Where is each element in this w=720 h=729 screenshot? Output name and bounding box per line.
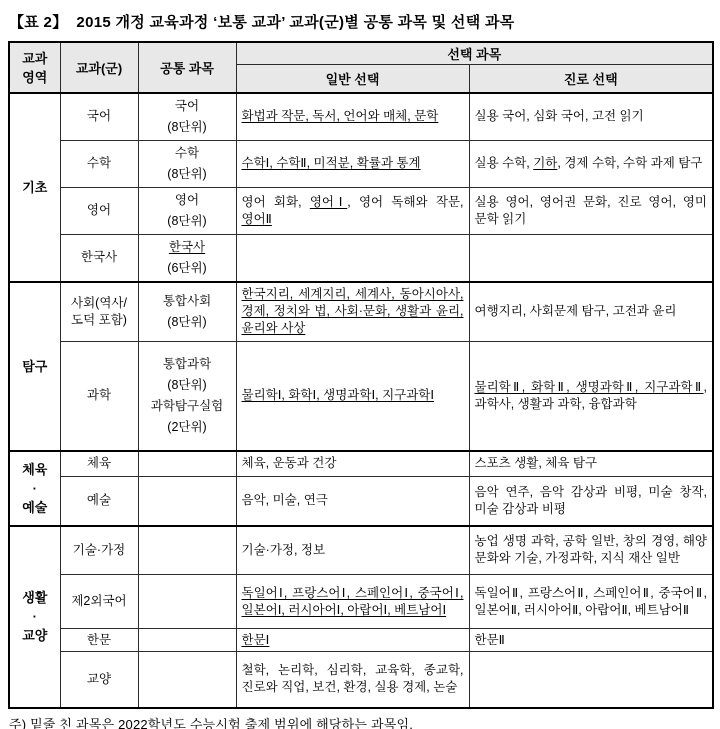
common-subjects-cell: 한국사(6단위) bbox=[138, 234, 236, 282]
table-row: 기초국어국어(8단위)화법과 작문, 독서, 언어와 매체, 문학실용 국어, … bbox=[9, 93, 713, 141]
general-electives-cell: 수학Ⅰ, 수학Ⅱ, 미적분, 확률과 통계 bbox=[236, 140, 469, 187]
general-electives-cell: 독일어Ⅰ, 프랑스어Ⅰ, 스페인어Ⅰ, 중국어Ⅰ, 일본어Ⅰ, 러시아어Ⅰ, 아… bbox=[236, 575, 469, 629]
col-header-career-elective: 진로 선택 bbox=[469, 65, 713, 93]
area-cell: 기초 bbox=[9, 93, 60, 282]
subject-group-label: 기술·가정 bbox=[63, 542, 136, 559]
subject-name: 독일어Ⅱ, 프랑스어Ⅱ, 스페인어Ⅱ, 중국어Ⅱ, 일본어Ⅱ, 러시아어Ⅱ, 아… bbox=[475, 586, 708, 617]
common-subjects-cell bbox=[138, 451, 236, 477]
table-row: 체육·예술체육체육, 운동과 건강스포츠 생활, 체육 탐구 bbox=[9, 451, 713, 477]
subject-group-cell: 국어 bbox=[60, 93, 138, 141]
general-electives-cell: 한국지리, 세계지리, 세계사, 동아시아사, 경제, 정치와 법, 사회·문화… bbox=[236, 282, 469, 342]
subject-name-underlined: 한국지리, 세계지리, 세계사, 동아시아사, 경제, 정치와 법, 사회·문화… bbox=[242, 287, 464, 335]
general-electives-cell: 한문Ⅰ bbox=[236, 629, 469, 652]
table-row: 과학통합과학(8단위)과학탐구실험(2단위)물리학Ⅰ, 화학Ⅰ, 생명과학Ⅰ, … bbox=[9, 342, 713, 451]
area-label: 체육 bbox=[12, 460, 58, 479]
area-label: 생활 bbox=[12, 588, 58, 607]
subject-group-cell: 한문 bbox=[60, 629, 138, 652]
subject-group-label: 교양 bbox=[63, 671, 136, 688]
subject-group-label: 한국사 bbox=[63, 249, 136, 266]
subject-name: 농업 생명 과학, 공학 일반, 창의 경영, 해양 문화와 기술, 가정과학,… bbox=[475, 534, 708, 565]
subject-group-cell: 교양 bbox=[60, 652, 138, 708]
common-subject-line: (8단위) bbox=[141, 211, 234, 232]
common-subject-line: (8단위) bbox=[141, 164, 234, 185]
subject-group-label: 체육 bbox=[63, 455, 136, 472]
common-subjects-cell bbox=[138, 526, 236, 575]
table-row: 영어영어(8단위)영어 회화, 영어Ⅰ, 영어 독해와 작문, 영어Ⅱ실용 영어… bbox=[9, 187, 713, 234]
subject-name-underlined: 영어Ⅱ bbox=[242, 212, 272, 226]
common-subject-line: (2단위) bbox=[141, 417, 234, 438]
subject-name-underlined: 독일어Ⅰ, 프랑스어Ⅰ, 스페인어Ⅰ, 중국어Ⅰ, 일본어Ⅰ, 러시아어Ⅰ, 아… bbox=[242, 586, 464, 617]
subject-name: 실용 영어, 영어권 문화, 진로 영어, 영미 문학 읽기 bbox=[475, 195, 708, 226]
col-header-subject-area: 교과 영역 bbox=[9, 42, 60, 93]
subject-group-cell: 기술·가정 bbox=[60, 526, 138, 575]
curriculum-table: 교과 영역 교과(군) 공통 과목 선택 과목 일반 선택 진로 선택 기초국어… bbox=[8, 41, 714, 709]
subject-group-cell: 과학 bbox=[60, 342, 138, 451]
subject-name: 여행지리, 사회문제 탐구, 고전과 윤리 bbox=[475, 304, 677, 318]
common-subject-line: 한국사 bbox=[141, 237, 234, 258]
area-label: 기초 bbox=[12, 178, 58, 197]
subject-group-label: 도덕 포함) bbox=[63, 312, 136, 329]
table-row: 한국사한국사(6단위) bbox=[9, 234, 713, 282]
common-subjects-cell: 수학(8단위) bbox=[138, 140, 236, 187]
subject-name-underlined: 기하 bbox=[533, 156, 557, 170]
subject-name: 철학, 논리학, 심리학, 교육학, 종교학, 진로와 직업, 보건, 환경, … bbox=[242, 663, 464, 694]
general-electives-cell bbox=[236, 234, 469, 282]
area-label: 탐구 bbox=[12, 357, 58, 376]
general-electives-cell: 기술·가정, 정보 bbox=[236, 526, 469, 575]
subject-group-label: 사회(역사/ bbox=[63, 295, 136, 312]
career-electives-cell: 실용 수학, 기하, 경제 수학, 수학 과제 탐구 bbox=[469, 140, 713, 187]
subject-name-underlined: 영어Ⅰ bbox=[310, 195, 347, 209]
subject-name: , 경제 수학, 수학 과제 탐구 bbox=[557, 156, 702, 170]
table-header: 교과 영역 교과(군) 공통 과목 선택 과목 일반 선택 진로 선택 bbox=[9, 42, 713, 93]
general-electives-cell: 화법과 작문, 독서, 언어와 매체, 문학 bbox=[236, 93, 469, 141]
subject-name: 영어 회화, bbox=[242, 195, 310, 209]
subject-group-cell: 한국사 bbox=[60, 234, 138, 282]
subject-name: 실용 수학, bbox=[475, 156, 534, 170]
career-electives-cell: 농업 생명 과학, 공학 일반, 창의 경영, 해양 문화와 기술, 가정과학,… bbox=[469, 526, 713, 575]
col-header-subject-group: 교과(군) bbox=[60, 42, 138, 93]
subject-group-label: 수학 bbox=[63, 155, 136, 172]
common-subjects-cell bbox=[138, 477, 236, 526]
career-electives-cell: 음악 연주, 음악 감상과 비평, 미술 창작, 미술 감상과 비평 bbox=[469, 477, 713, 526]
career-electives-cell: 실용 영어, 영어권 문화, 진로 영어, 영미 문학 읽기 bbox=[469, 187, 713, 234]
subject-group-cell: 영어 bbox=[60, 187, 138, 234]
footnote: 주) 밑줄 친 과목은 2022학년도 수능시험 출제 범위에 해당하는 과목임… bbox=[9, 714, 712, 729]
area-cell: 생활·교양 bbox=[9, 526, 60, 708]
general-electives-cell: 철학, 논리학, 심리학, 교육학, 종교학, 진로와 직업, 보건, 환경, … bbox=[236, 652, 469, 708]
common-subjects-cell bbox=[138, 575, 236, 629]
career-electives-cell: 한문Ⅱ bbox=[469, 629, 713, 652]
area-label: · bbox=[12, 479, 58, 498]
table-title: 【표 2】 2015 개정 교육과정 ‘보통 교과’ 교과(군)별 공통 과목 … bbox=[9, 11, 712, 32]
common-subject-line: 통합사회 bbox=[141, 291, 234, 312]
subject-name: 한문Ⅱ bbox=[475, 633, 505, 647]
common-subject-line: (8단위) bbox=[141, 117, 234, 138]
career-electives-cell: 실용 국어, 심화 국어, 고전 읽기 bbox=[469, 93, 713, 141]
document-page: 【표 2】 2015 개정 교육과정 ‘보통 교과’ 교과(군)별 공통 과목 … bbox=[0, 0, 720, 729]
subject-group-cell: 수학 bbox=[60, 140, 138, 187]
career-electives-cell: 독일어Ⅱ, 프랑스어Ⅱ, 스페인어Ⅱ, 중국어Ⅱ, 일본어Ⅱ, 러시아어Ⅱ, 아… bbox=[469, 575, 713, 629]
career-electives-cell: 스포츠 생활, 체육 탐구 bbox=[469, 451, 713, 477]
subject-group-label: 제2외국어 bbox=[63, 593, 136, 610]
table-row: 교양철학, 논리학, 심리학, 교육학, 종교학, 진로와 직업, 보건, 환경… bbox=[9, 652, 713, 708]
table-row: 생활·교양기술·가정기술·가정, 정보농업 생명 과학, 공학 일반, 창의 경… bbox=[9, 526, 713, 575]
common-subjects-cell bbox=[138, 629, 236, 652]
col-header-general-elective: 일반 선택 bbox=[236, 65, 469, 93]
table-row: 탐구사회(역사/도덕 포함)통합사회(8단위)한국지리, 세계지리, 세계사, … bbox=[9, 282, 713, 342]
common-subjects-cell: 영어(8단위) bbox=[138, 187, 236, 234]
area-label: · bbox=[12, 607, 58, 626]
subject-name-underlined: 물리학Ⅱ, 화학Ⅱ, 생명과학Ⅱ, 지구과학Ⅱ bbox=[475, 380, 704, 394]
common-subjects-cell: 통합과학(8단위)과학탐구실험(2단위) bbox=[138, 342, 236, 451]
general-electives-cell: 영어 회화, 영어Ⅰ, 영어 독해와 작문, 영어Ⅱ bbox=[236, 187, 469, 234]
subject-name-underlined: 한문Ⅰ bbox=[242, 633, 270, 647]
subject-group-label: 한문 bbox=[63, 632, 136, 649]
subject-name: 음악 연주, 음악 감상과 비평, 미술 창작, 미술 감상과 비평 bbox=[475, 485, 708, 516]
area-label: 교양 bbox=[12, 626, 58, 645]
subject-group-cell: 사회(역사/도덕 포함) bbox=[60, 282, 138, 342]
career-electives-cell bbox=[469, 234, 713, 282]
table-row: 예술음악, 미술, 연극음악 연주, 음악 감상과 비평, 미술 창작, 미술 … bbox=[9, 477, 713, 526]
common-subjects-cell bbox=[138, 652, 236, 708]
general-electives-cell: 음악, 미술, 연극 bbox=[236, 477, 469, 526]
area-cell: 체육·예술 bbox=[9, 451, 60, 526]
common-subject-line: (8단위) bbox=[141, 312, 234, 333]
subject-name: 음악, 미술, 연극 bbox=[242, 493, 328, 507]
subject-name-underlined: 수학Ⅰ, 수학Ⅱ, 미적분, 확률과 통계 bbox=[242, 156, 421, 170]
career-electives-cell: 물리학Ⅱ, 화학Ⅱ, 생명과학Ⅱ, 지구과학Ⅱ, 과학사, 생활과 과학, 융합… bbox=[469, 342, 713, 451]
table-row: 수학수학(8단위)수학Ⅰ, 수학Ⅱ, 미적분, 확률과 통계실용 수학, 기하,… bbox=[9, 140, 713, 187]
col-header-area-line: 영역 bbox=[12, 67, 58, 86]
area-cell: 탐구 bbox=[9, 282, 60, 451]
career-electives-cell: 여행지리, 사회문제 탐구, 고전과 윤리 bbox=[469, 282, 713, 342]
table-row: 한문한문Ⅰ한문Ⅱ bbox=[9, 629, 713, 652]
common-subject-line: 과학탐구실험 bbox=[141, 396, 234, 417]
common-subject-line: 국어 bbox=[141, 96, 234, 117]
subject-group-cell: 체육 bbox=[60, 451, 138, 477]
subject-group-cell: 예술 bbox=[60, 477, 138, 526]
subject-group-label: 영어 bbox=[63, 202, 136, 219]
col-header-area-line: 교과 bbox=[12, 48, 58, 67]
subject-group-label: 과학 bbox=[63, 387, 136, 404]
common-subject-line: (8단위) bbox=[141, 375, 234, 396]
subject-group-label: 예술 bbox=[63, 492, 136, 509]
col-header-common-subjects: 공통 과목 bbox=[138, 42, 236, 93]
area-label: 예술 bbox=[12, 498, 58, 517]
subject-group-cell: 제2외국어 bbox=[60, 575, 138, 629]
common-subject-line: (6단위) bbox=[141, 258, 234, 279]
general-electives-cell: 물리학Ⅰ, 화학Ⅰ, 생명과학Ⅰ, 지구과학Ⅰ bbox=[236, 342, 469, 451]
subject-name: 스포츠 생활, 체육 탐구 bbox=[475, 456, 598, 470]
general-electives-cell: 체육, 운동과 건강 bbox=[236, 451, 469, 477]
common-subject-line: 영어 bbox=[141, 190, 234, 211]
subject-name: 실용 국어, 심화 국어, 고전 읽기 bbox=[475, 109, 644, 123]
common-subjects-cell: 통합사회(8단위) bbox=[138, 282, 236, 342]
subject-name: 체육, 운동과 건강 bbox=[242, 456, 337, 470]
table-row: 제2외국어독일어Ⅰ, 프랑스어Ⅰ, 스페인어Ⅰ, 중국어Ⅰ, 일본어Ⅰ, 러시아… bbox=[9, 575, 713, 629]
table-body: 기초국어국어(8단위)화법과 작문, 독서, 언어와 매체, 문학실용 국어, … bbox=[9, 93, 713, 708]
common-subjects-cell: 국어(8단위) bbox=[138, 93, 236, 141]
col-header-elective-subjects: 선택 과목 bbox=[236, 42, 713, 65]
career-electives-cell bbox=[469, 652, 713, 708]
subject-name-underlined: 물리학Ⅰ, 화학Ⅰ, 생명과학Ⅰ, 지구과학Ⅰ bbox=[242, 388, 435, 402]
common-subject-line: 수학 bbox=[141, 143, 234, 164]
subject-name: , 영어 독해와 작문, bbox=[347, 195, 463, 209]
subject-group-label: 국어 bbox=[63, 108, 136, 125]
subject-name: 기술·가정, 정보 bbox=[242, 543, 326, 557]
common-subject-line: 통합과학 bbox=[141, 354, 234, 375]
subject-name-underlined: 화법과 작문, 독서, 언어와 매체, 문학 bbox=[242, 109, 439, 123]
